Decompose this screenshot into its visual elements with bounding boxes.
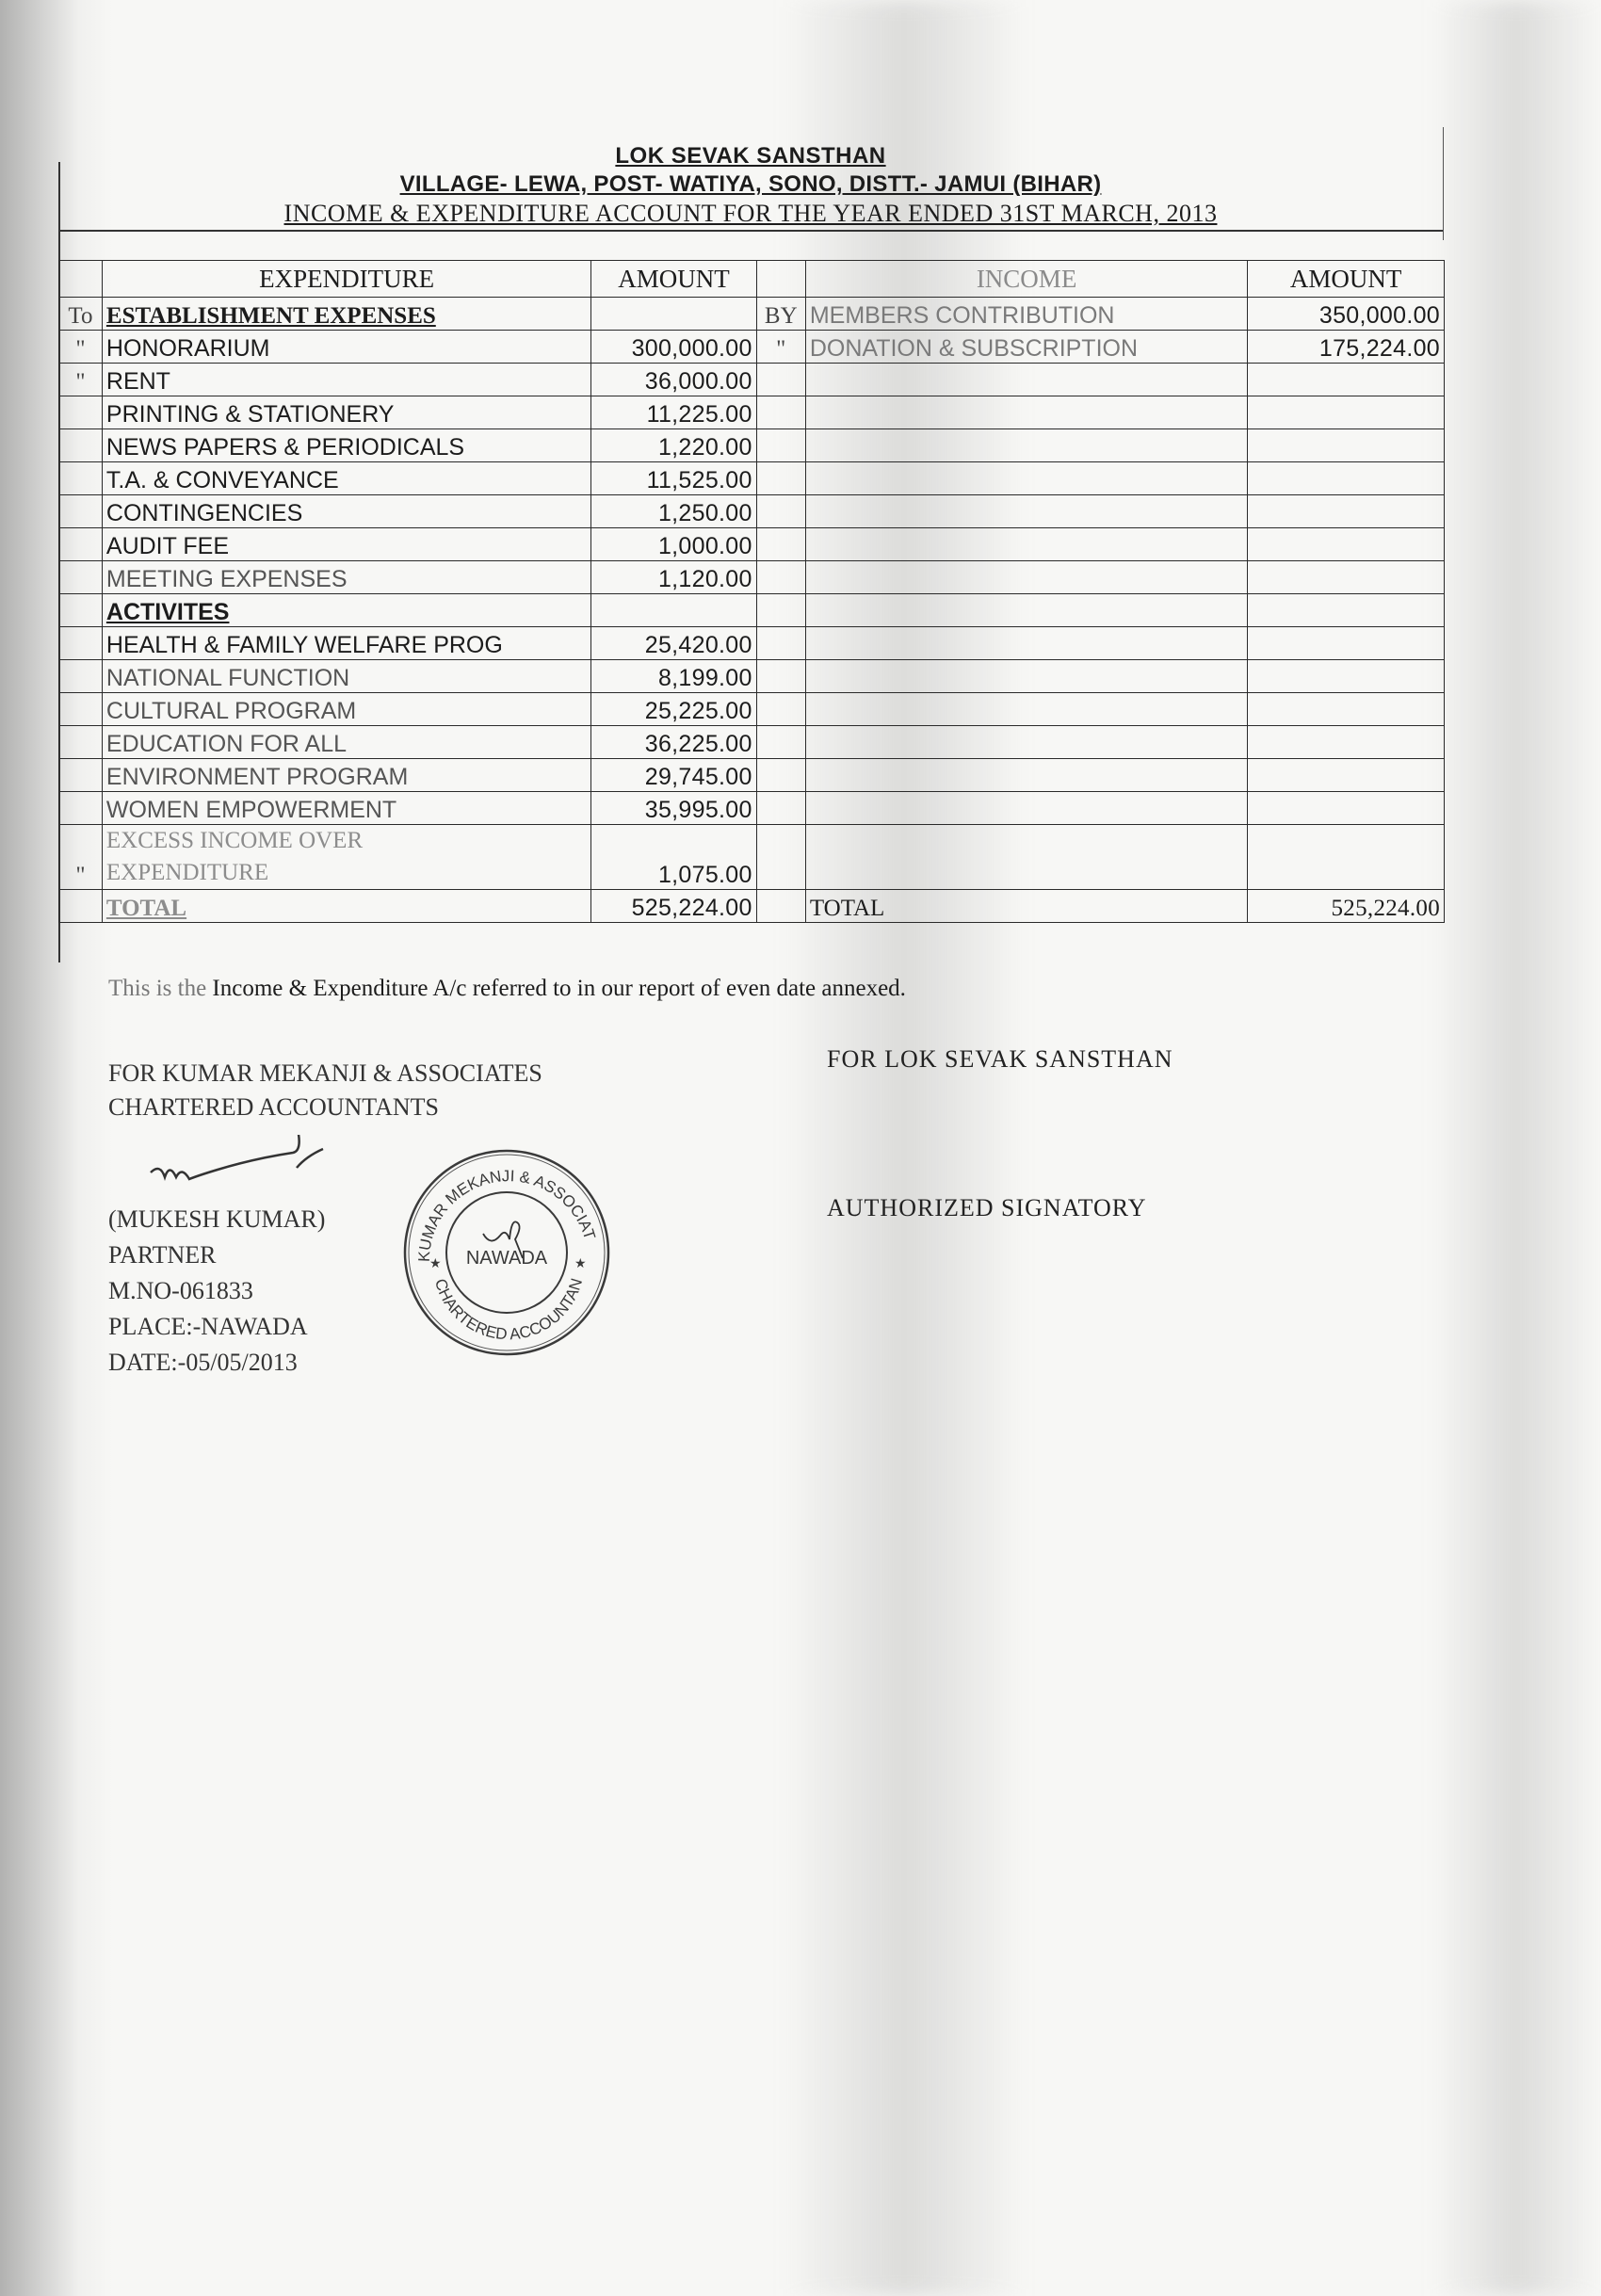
- row-prefix: [59, 627, 103, 660]
- expenditure-amount: 29,745.00: [591, 759, 756, 792]
- expenditure-label: HEALTH & FAMILY WELFARE PROG: [102, 627, 591, 660]
- expenditure-amount: 1,250.00: [591, 495, 756, 528]
- income-label: [805, 825, 1247, 890]
- authorized-signatory: AUTHORIZED SIGNATORY: [827, 1194, 1146, 1222]
- income-label: [805, 627, 1247, 660]
- expenditure-label: ESTABLISHMENT EXPENSES: [102, 298, 591, 331]
- income-prefix: [756, 396, 805, 429]
- org-address: VILLAGE- LEWA, POST- WATIYA, SONO, DISTT…: [58, 171, 1443, 198]
- total-label-right: TOTAL: [805, 890, 1247, 923]
- partner-title: PARTNER: [108, 1237, 325, 1273]
- table-row: NATIONAL FUNCTION8,199.00: [59, 660, 1445, 693]
- expenditure-label: ENVIRONMENT PROGRAM: [102, 759, 591, 792]
- income-prefix: [756, 693, 805, 726]
- income-amount: [1248, 792, 1445, 825]
- income-label: [805, 693, 1247, 726]
- income-amount: [1248, 759, 1445, 792]
- partner-block: (MUKESH KUMAR) PARTNER M.NO-061833 PLACE…: [108, 1202, 325, 1381]
- membership-number: M.NO-061833: [108, 1273, 325, 1309]
- table-row: PRINTING & STATIONERY11,225.00: [59, 396, 1445, 429]
- income-label: [805, 495, 1247, 528]
- table-row: CONTINGENCIES1,250.00: [59, 495, 1445, 528]
- income-amount: 350,000.00: [1248, 298, 1445, 331]
- income-label: DONATION & SUBSCRIPTION: [805, 331, 1247, 364]
- table-row: ToESTABLISHMENT EXPENSESBYMEMBERS CONTRI…: [59, 298, 1445, 331]
- income-label: [805, 594, 1247, 627]
- row-prefix: [59, 726, 103, 759]
- expenditure-label: AUDIT FEE: [102, 528, 591, 561]
- income-prefix: BY: [756, 298, 805, 331]
- income-prefix: [756, 364, 805, 396]
- expenditure-label: EDUCATION FOR ALL: [102, 726, 591, 759]
- expenditure-amount: 36,225.00: [591, 726, 756, 759]
- expenditure-label: NATIONAL FUNCTION: [102, 660, 591, 693]
- income-label: [805, 528, 1247, 561]
- table-row: MEETING EXPENSES1,120.00: [59, 561, 1445, 594]
- income-amount: [1248, 627, 1445, 660]
- income-amount: [1248, 495, 1445, 528]
- table-row: "RENT36,000.00: [59, 364, 1445, 396]
- income-amount: [1248, 594, 1445, 627]
- expenditure-label-line2: EXPENDITURE: [106, 857, 588, 889]
- expenditure-label: EXCESS INCOME OVEREXPENDITURE: [102, 825, 591, 890]
- svg-text:★: ★: [429, 1255, 442, 1270]
- income-amount: 175,224.00: [1248, 331, 1445, 364]
- income-amount: [1248, 660, 1445, 693]
- income-prefix: [756, 726, 805, 759]
- income-amount: [1248, 726, 1445, 759]
- income-label: [805, 759, 1247, 792]
- row-prefix: [59, 561, 103, 594]
- income-prefix: [756, 792, 805, 825]
- income-label: [805, 396, 1247, 429]
- table-row: EDUCATION FOR ALL36,225.00: [59, 726, 1445, 759]
- table-row: "HONORARIUM300,000.00"DONATION & SUBSCRI…: [59, 331, 1445, 364]
- expenditure-amount: 300,000.00: [591, 331, 756, 364]
- income-label: [805, 364, 1247, 396]
- amount-header-left: AMOUNT: [591, 261, 756, 298]
- table-row: T.A. & CONVEYANCE11,525.00: [59, 462, 1445, 495]
- expenditure-label: T.A. & CONVEYANCE: [102, 462, 591, 495]
- income-prefix: [756, 528, 805, 561]
- income-amount: [1248, 429, 1445, 462]
- org-sign-for: FOR LOK SEVAK SANSTHAN: [827, 1045, 1173, 1074]
- expenditure-amount: 11,525.00: [591, 462, 756, 495]
- expenditure-amount: 35,995.00: [591, 792, 756, 825]
- auditor-block: FOR KUMAR MEKANJI & ASSOCIATES CHARTERED…: [108, 1057, 542, 1124]
- expenditure-label: RENT: [102, 364, 591, 396]
- expenditure-label: CONTINGENCIES: [102, 495, 591, 528]
- income-prefix: [756, 660, 805, 693]
- income-label: MEMBERS CONTRIBUTION: [805, 298, 1247, 331]
- total-by: [756, 890, 805, 923]
- expenditure-label-line1: EXCESS INCOME OVER: [106, 825, 588, 857]
- table-row: WOMEN EMPOWERMENT35,995.00: [59, 792, 1445, 825]
- row-prefix: [59, 495, 103, 528]
- income-label: [805, 561, 1247, 594]
- row-prefix: ": [59, 364, 103, 396]
- income-prefix: [756, 561, 805, 594]
- income-label: [805, 462, 1247, 495]
- expenditure-amount: 8,199.00: [591, 660, 756, 693]
- income-expenditure-table: EXPENDITURE AMOUNT INCOME AMOUNT ToESTAB…: [58, 260, 1445, 923]
- income-prefix: [756, 462, 805, 495]
- expenditure-amount: 1,220.00: [591, 429, 756, 462]
- row-prefix: ": [59, 825, 103, 890]
- row-prefix: To: [59, 298, 103, 331]
- by-header: [756, 261, 805, 298]
- expenditure-amount: 1,075.00: [591, 825, 756, 890]
- signature-mark: [132, 1135, 367, 1201]
- income-prefix: [756, 429, 805, 462]
- row-prefix: [59, 759, 103, 792]
- income-amount: [1248, 825, 1445, 890]
- table-row: AUDIT FEE1,000.00: [59, 528, 1445, 561]
- org-name: LOK SEVAK SANSTHAN: [58, 143, 1443, 170]
- income-prefix: [756, 825, 805, 890]
- stamp-center: NAWADA: [466, 1248, 548, 1269]
- row-prefix: [59, 396, 103, 429]
- total-amount-right: 525,224.00: [1248, 890, 1445, 923]
- income-prefix: [756, 759, 805, 792]
- income-amount: [1248, 561, 1445, 594]
- account-title: INCOME & EXPENDITURE ACCOUNT FOR THE YEA…: [58, 200, 1443, 228]
- total-prefix: [59, 890, 103, 923]
- table-row: ENVIRONMENT PROGRAM29,745.00: [59, 759, 1445, 792]
- income-prefix: [756, 594, 805, 627]
- expenditure-amount: 1,000.00: [591, 528, 756, 561]
- row-prefix: [59, 594, 103, 627]
- expenditure-header: EXPENDITURE: [102, 261, 591, 298]
- prefix-header: [59, 261, 103, 298]
- expenditure-label: ACTIVITES: [102, 594, 591, 627]
- expenditure-amount: [591, 298, 756, 331]
- income-amount: [1248, 364, 1445, 396]
- table-row: NEWS PAPERS & PERIODICALS1,220.00: [59, 429, 1445, 462]
- total-row: TOTAL525,224.00TOTAL525,224.00: [59, 890, 1445, 923]
- table-header-row: EXPENDITURE AMOUNT INCOME AMOUNT: [59, 261, 1445, 298]
- expenditure-label: MEETING EXPENSES: [102, 561, 591, 594]
- income-label: [805, 726, 1247, 759]
- income-amount: [1248, 693, 1445, 726]
- expenditure-label: WOMEN EMPOWERMENT: [102, 792, 591, 825]
- expenditure-amount: 1,120.00: [591, 561, 756, 594]
- total-amount-left: 525,224.00: [591, 890, 756, 923]
- table-row: CULTURAL PROGRAM25,225.00: [59, 693, 1445, 726]
- ca-seal-stamp: KUMAR MEKANJI & ASSOCIATES CHARTERED ACC…: [394, 1140, 620, 1366]
- row-prefix: [59, 528, 103, 561]
- income-header: INCOME: [805, 261, 1247, 298]
- row-prefix: [59, 462, 103, 495]
- expenditure-amount: 36,000.00: [591, 364, 756, 396]
- income-label: [805, 429, 1247, 462]
- scan-shadow-band: [1431, 0, 1601, 2296]
- expenditure-label: PRINTING & STATIONERY: [102, 396, 591, 429]
- income-prefix: [756, 627, 805, 660]
- stamp-outer-top: KUMAR MEKANJI & ASSOCIATES: [394, 1140, 599, 1262]
- income-label: [805, 660, 1247, 693]
- auditor-firm: FOR KUMAR MEKANJI & ASSOCIATES: [108, 1057, 542, 1091]
- expenditure-amount: 11,225.00: [591, 396, 756, 429]
- income-amount: [1248, 528, 1445, 561]
- expenditure-label: NEWS PAPERS & PERIODICALS: [102, 429, 591, 462]
- row-prefix: [59, 792, 103, 825]
- income-prefix: ": [756, 331, 805, 364]
- header-divider: [58, 230, 1443, 232]
- table-row: ACTIVITES: [59, 594, 1445, 627]
- partner-name: (MUKESH KUMAR): [108, 1202, 325, 1237]
- expenditure-label: HONORARIUM: [102, 331, 591, 364]
- row-prefix: [59, 693, 103, 726]
- table-row: "EXCESS INCOME OVEREXPENDITURE1,075.00: [59, 825, 1445, 890]
- total-label-left: TOTAL: [102, 890, 591, 923]
- expenditure-amount: 25,225.00: [591, 693, 756, 726]
- income-amount: [1248, 462, 1445, 495]
- row-prefix: [59, 660, 103, 693]
- svg-text:★: ★: [574, 1255, 587, 1270]
- income-label: [805, 792, 1247, 825]
- table-row: HEALTH & FAMILY WELFARE PROG25,420.00: [59, 627, 1445, 660]
- place: PLACE:-NAWADA: [108, 1309, 325, 1345]
- auditor-type: CHARTERED ACCOUNTANTS: [108, 1091, 542, 1124]
- row-prefix: ": [59, 331, 103, 364]
- certification-note: This is the Income & Expenditure A/c ref…: [108, 976, 906, 1002]
- expenditure-label: CULTURAL PROGRAM: [102, 693, 591, 726]
- frame-right-rule: [1443, 127, 1444, 240]
- expenditure-amount: 25,420.00: [591, 627, 756, 660]
- income-prefix: [756, 495, 805, 528]
- row-prefix: [59, 429, 103, 462]
- income-amount: [1248, 396, 1445, 429]
- amount-header-right: AMOUNT: [1248, 261, 1445, 298]
- expenditure-amount: [591, 594, 756, 627]
- date: DATE:-05/05/2013: [108, 1345, 325, 1381]
